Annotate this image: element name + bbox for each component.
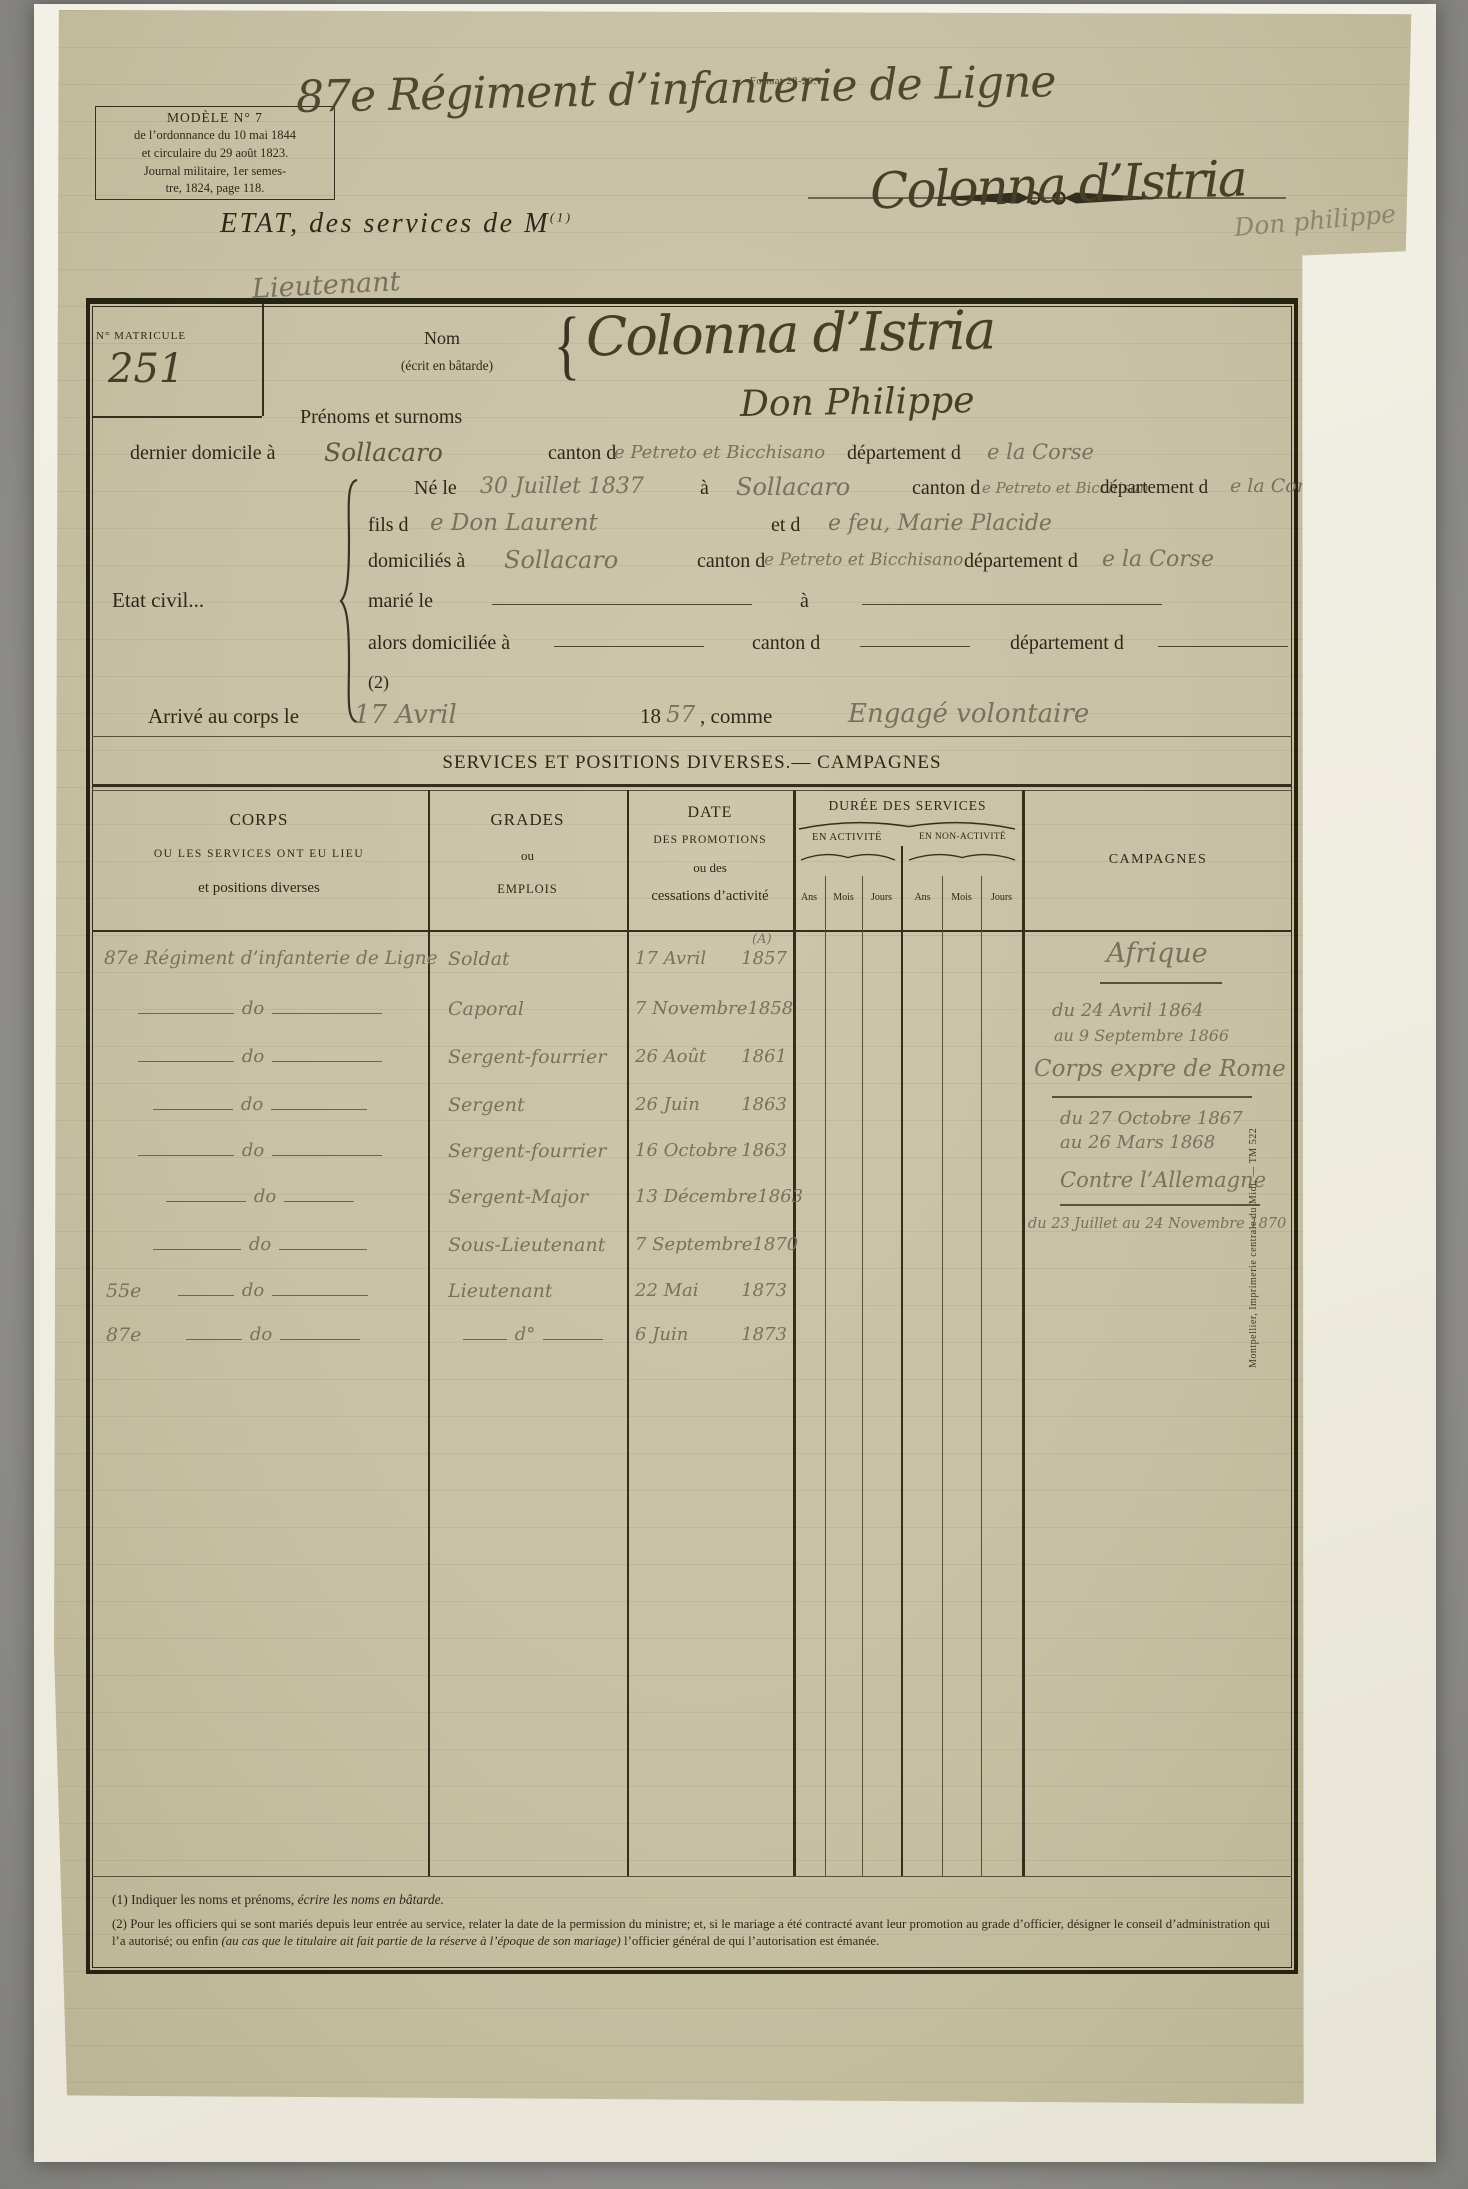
date-entry: 26 Août1861	[635, 1046, 787, 1067]
canton-label: canton d	[912, 477, 980, 500]
campagne-title: Afrique	[1062, 938, 1252, 969]
grade-entry: Sergent-Major	[448, 1186, 618, 1208]
footnote-2-text-end: l’officier général de qui l’autorisation…	[621, 1934, 879, 1948]
date-day-month: 26 Juin	[635, 1094, 700, 1115]
footnote2-ref: (2)	[368, 672, 389, 693]
corps-entry: do	[100, 1140, 420, 1161]
en-non-activite-header: EN NON-ACTIVITÉ	[903, 832, 1022, 842]
campagne-dates: du 27 Octobre 1867	[1060, 1108, 1243, 1129]
dernier-domicile-label: dernier domicile à	[130, 442, 276, 465]
non-activite-ans-header: Ans	[903, 892, 942, 903]
grade-entry: Lieutenant	[448, 1280, 618, 1302]
grade-entry: Sergent-fourrier	[448, 1046, 618, 1068]
footnote-1-num: (1)	[112, 1892, 128, 1907]
campagne-dates: du 24 Avril 1864	[1052, 1000, 1204, 1021]
date-subheader3: cessations d’activité	[627, 888, 793, 905]
matricule-cell-bottom-line	[92, 416, 262, 418]
corps-ditto: do	[249, 1234, 271, 1255]
model-box-line: et circulaire du 29 août 1823.	[96, 145, 334, 163]
regiment-title-handwriting: 87e Régiment d’infanterie de Ligne	[296, 56, 1056, 123]
service-row: 55e do Lieutenant 22 Mai1873	[52, 1280, 1414, 1314]
canton-label: canton d	[752, 632, 820, 655]
marie-label: marié le	[368, 590, 433, 613]
ne-lieu-value: Sollacaro	[736, 473, 850, 501]
header-bottom-rule	[92, 930, 1292, 932]
corps-subheader1: OU LES SERVICES ONT EU LIEU	[90, 848, 428, 860]
arrive-year-script: 57	[666, 702, 695, 728]
campagne-underline	[1052, 1096, 1252, 1098]
corps-prefix: 87e	[106, 1324, 141, 1346]
nom-brace: {	[553, 301, 580, 390]
canton-value: e Petreto et Bicchisano	[764, 550, 963, 570]
scan-stage: MODÈLE N° 7 de l’ordonnance du 10 mai 18…	[0, 0, 1468, 2189]
date-year: 1873	[741, 1280, 787, 1301]
date-year: 1861	[741, 1046, 787, 1067]
comme-label: , comme	[700, 704, 772, 729]
alors-canton-blank	[860, 632, 970, 647]
domicilies-label: domiciliés à	[368, 550, 465, 573]
fils-label: fils d	[368, 514, 409, 537]
departement-label: département d	[1100, 477, 1208, 499]
mere-value: e feu, Marie Placide	[828, 511, 1052, 536]
service-row: do Sous-Lieutenant 7 Septembre1870	[52, 1234, 1414, 1268]
date-day-month: 13 Décembre	[635, 1186, 757, 1207]
prenoms-value-handwriting: Don Philippe	[740, 380, 975, 425]
date-entry: 22 Mai1873	[635, 1280, 787, 1301]
corps-prefix: 55e	[106, 1280, 141, 1302]
footnote-1-italic: écrire les noms en bâtarde.	[298, 1892, 444, 1907]
date-year: 1873	[741, 1324, 787, 1345]
date-header: DATE	[627, 804, 793, 822]
corps-ditto: do	[242, 1140, 264, 1161]
corps-entry: do	[100, 1234, 420, 1255]
date-day-month: 22 Mai	[635, 1280, 699, 1301]
date-entry: 16 Octobre1863	[635, 1140, 787, 1161]
corps-entry: do	[148, 1280, 398, 1301]
section-heavy-rule	[92, 784, 1292, 787]
corps-ditto: do	[250, 1324, 272, 1345]
alors-lieu-blank	[554, 632, 704, 647]
date-day-month: 6 Juin	[635, 1324, 688, 1345]
canton-value: e Petreto et Bicchisano	[614, 442, 825, 463]
date-day-month: 16 Octobre	[635, 1140, 737, 1161]
marie-lieu-blank	[862, 590, 1162, 605]
service-row: 87e do d° 6 Juin1873	[52, 1324, 1414, 1358]
date-year: 1858	[747, 998, 793, 1019]
footnote-separator	[92, 1876, 1292, 1877]
grades-subheader2: EMPLOIS	[428, 882, 627, 897]
departement-value: e la Corse	[1102, 547, 1214, 572]
date-entry: 6 Juin1873	[635, 1324, 787, 1345]
corps-ditto: do	[242, 1280, 264, 1301]
date-day-month: 17 Avril	[635, 948, 706, 969]
date-subheader1: DES PROMOTIONS	[627, 834, 793, 846]
domicilies-value: Sollacaro	[504, 546, 618, 574]
corps-subheader2: et positions diverses	[90, 880, 428, 897]
footnote-2: (2) Pour les officiers qui se sont marié…	[112, 1916, 1270, 1951]
activite-brace	[799, 852, 897, 861]
model-box-line: Journal militaire, 1er semes-	[96, 163, 334, 181]
campagne-underline	[1100, 982, 1222, 984]
ne-label: Né le	[414, 477, 457, 500]
footnote-2-num: (2)	[112, 1917, 127, 1931]
grade-entry: Soldat	[448, 948, 618, 970]
etat-services-label: ETAT, des services de M	[220, 208, 550, 239]
note-a-annotation: (A)	[752, 932, 772, 947]
corps-entry: do	[100, 998, 420, 1019]
nom-sublabel: (écrit en bâtarde)	[352, 358, 542, 374]
fils-value: e Don Laurent	[430, 510, 598, 536]
a-label: à	[700, 477, 709, 500]
date-year: 1863	[741, 1140, 787, 1161]
model-box-line: tre, 1824, page 118.	[96, 180, 334, 198]
grade-entry: Sergent	[448, 1094, 618, 1116]
corps-ditto: do	[242, 1046, 264, 1067]
arrive-date-value: 17 Avril	[354, 700, 457, 730]
departement-label: département d	[1010, 632, 1124, 655]
activite-ans-header: Ans	[793, 892, 825, 903]
campagne-dates: au 26 Mars 1868	[1060, 1132, 1215, 1153]
date-day-month: 26 Août	[635, 1046, 706, 1067]
departement-value: e la Corse	[987, 440, 1094, 464]
nom-label: Nom	[372, 328, 512, 349]
grades-header: GRADES	[428, 810, 627, 830]
section-heavy-rule-inner	[92, 790, 1292, 791]
arrive-mode-value: Engagé volontaire	[848, 699, 1089, 729]
date-entry: 7 Septembre1870	[635, 1234, 787, 1255]
marie-date-blank	[492, 590, 752, 605]
row-fils-de: fils d e Don Laurent et d e feu, Marie P…	[52, 514, 1414, 548]
campagne-title: Contre l’Allemagne	[1060, 1168, 1266, 1192]
row-marie-le: marié le à	[52, 590, 1414, 624]
footnote-2-italic: (au cas que le titulaire ait fait partie…	[221, 1934, 620, 1948]
corps-entry: do	[100, 1046, 420, 1067]
etat-footnote-ref: (1)	[550, 210, 573, 225]
corps-entry: do	[148, 1324, 398, 1345]
non-activite-jours-header: Jours	[981, 892, 1022, 903]
grade-ditto: d°	[515, 1324, 536, 1345]
grade-entry: d°	[448, 1324, 618, 1345]
duree-header: DURÉE DES SERVICES	[793, 798, 1022, 814]
grades-subheader1: ou	[428, 848, 627, 864]
campagne-underline	[1060, 1204, 1260, 1206]
departement-label: département d	[964, 550, 1078, 573]
canton-label: canton d	[548, 442, 616, 465]
corps-entry: do	[100, 1186, 420, 1207]
date-year: 1863	[757, 1186, 803, 1207]
footnote-1: (1) Indiquer les noms et prénoms, écrire…	[112, 1892, 1262, 1908]
date-subheader2: ou des	[627, 860, 793, 876]
document-sheet: MODÈLE N° 7 de l’ordonnance du 10 mai 18…	[52, 10, 1414, 2108]
duree-brace	[797, 820, 1017, 830]
date-entry: 26 Juin1863	[635, 1094, 787, 1115]
non-activite-brace	[907, 852, 1017, 861]
matricule-cell-right-line	[262, 304, 264, 416]
date-day-month: 7 Septembre	[635, 1234, 752, 1255]
date-year: 1870	[752, 1234, 798, 1255]
prenoms-label: Prénoms et surnoms	[300, 406, 462, 429]
etat-services-heading: ETAT, des services de M(1)	[220, 208, 573, 240]
date-entry: 17 Avril1857	[635, 948, 787, 969]
campagne-dates: au 9 Septembre 1866	[1054, 1026, 1229, 1045]
corps-ditto: do	[241, 1094, 263, 1115]
date-year: 1857	[741, 948, 787, 969]
corps-ditto: do	[242, 998, 264, 1019]
corps-ditto: do	[254, 1186, 276, 1207]
model-box-line: de l’ordonnance du 10 mai 1844	[96, 127, 334, 145]
section-top-rule	[92, 736, 1292, 737]
matricule-label: N° MATRICULE	[96, 330, 186, 342]
dernier-domicile-value: Sollacaro	[324, 438, 443, 467]
non-activite-mois-header: Mois	[942, 892, 981, 903]
grade-entry: Caporal	[448, 998, 618, 1020]
footnote-1-text: Indiquer les noms et prénoms,	[131, 1892, 297, 1907]
row-ne-le: Né le 30 Juillet 1837 à Sollacaro canton…	[52, 477, 1414, 511]
date-day-month: 7 Novembre	[635, 998, 747, 1019]
row-arrive-au-corps: Arrivé au corps le 17 Avril 18 57 , comm…	[52, 704, 1414, 738]
canton-label: canton d	[697, 550, 765, 573]
activite-mois-header: Mois	[825, 892, 862, 903]
nom-value-handwriting: Colonna d’Istria	[585, 298, 994, 368]
activite-jours-header: Jours	[862, 892, 901, 903]
corps-entry: do	[100, 1094, 420, 1115]
campagnes-header: CAMPAGNES	[1022, 852, 1294, 868]
arrive-label: Arrivé au corps le	[148, 704, 299, 729]
departement-label: département d	[847, 442, 961, 465]
date-year: 1863	[741, 1094, 787, 1115]
en-activite-header: EN ACTIVITÉ	[793, 832, 901, 843]
alors-departement-blank	[1158, 632, 1288, 647]
et-de-label: et d	[771, 514, 800, 537]
corps-header: CORPS	[90, 810, 428, 830]
date-entry: 13 Décembre1863	[635, 1186, 787, 1207]
matricule-value: 251	[108, 346, 184, 392]
heading-name-handwriting: Colonna d’Istria	[869, 149, 1246, 220]
grade-entry: Sergent-fourrier	[448, 1140, 618, 1162]
ne-date-value: 30 Juillet 1837	[480, 474, 644, 499]
alors-label: alors domiciliée à	[368, 632, 510, 655]
a-label: à	[800, 590, 809, 613]
corps-entry: 87e Régiment d’infanterie de Ligne	[104, 948, 438, 969]
row-alors-domiciliee: alors domiciliée à canton d département …	[52, 632, 1414, 666]
row-domicilies: domiciliés à Sollacaro canton d e Petret…	[52, 550, 1414, 584]
section-title: SERVICES ET POSITIONS DIVERSES.— CAMPAGN…	[92, 752, 1292, 774]
arrive-year-print: 18	[640, 704, 661, 729]
grade-entry: Sous-Lieutenant	[448, 1234, 618, 1256]
printer-credit: Montpellier, Imprimerie centrale du Midi…	[1248, 1068, 1259, 1368]
row-dernier-domicile: dernier domicile à Sollacaro canton d e …	[52, 442, 1414, 476]
date-entry: 7 Novembre1858	[635, 998, 787, 1019]
